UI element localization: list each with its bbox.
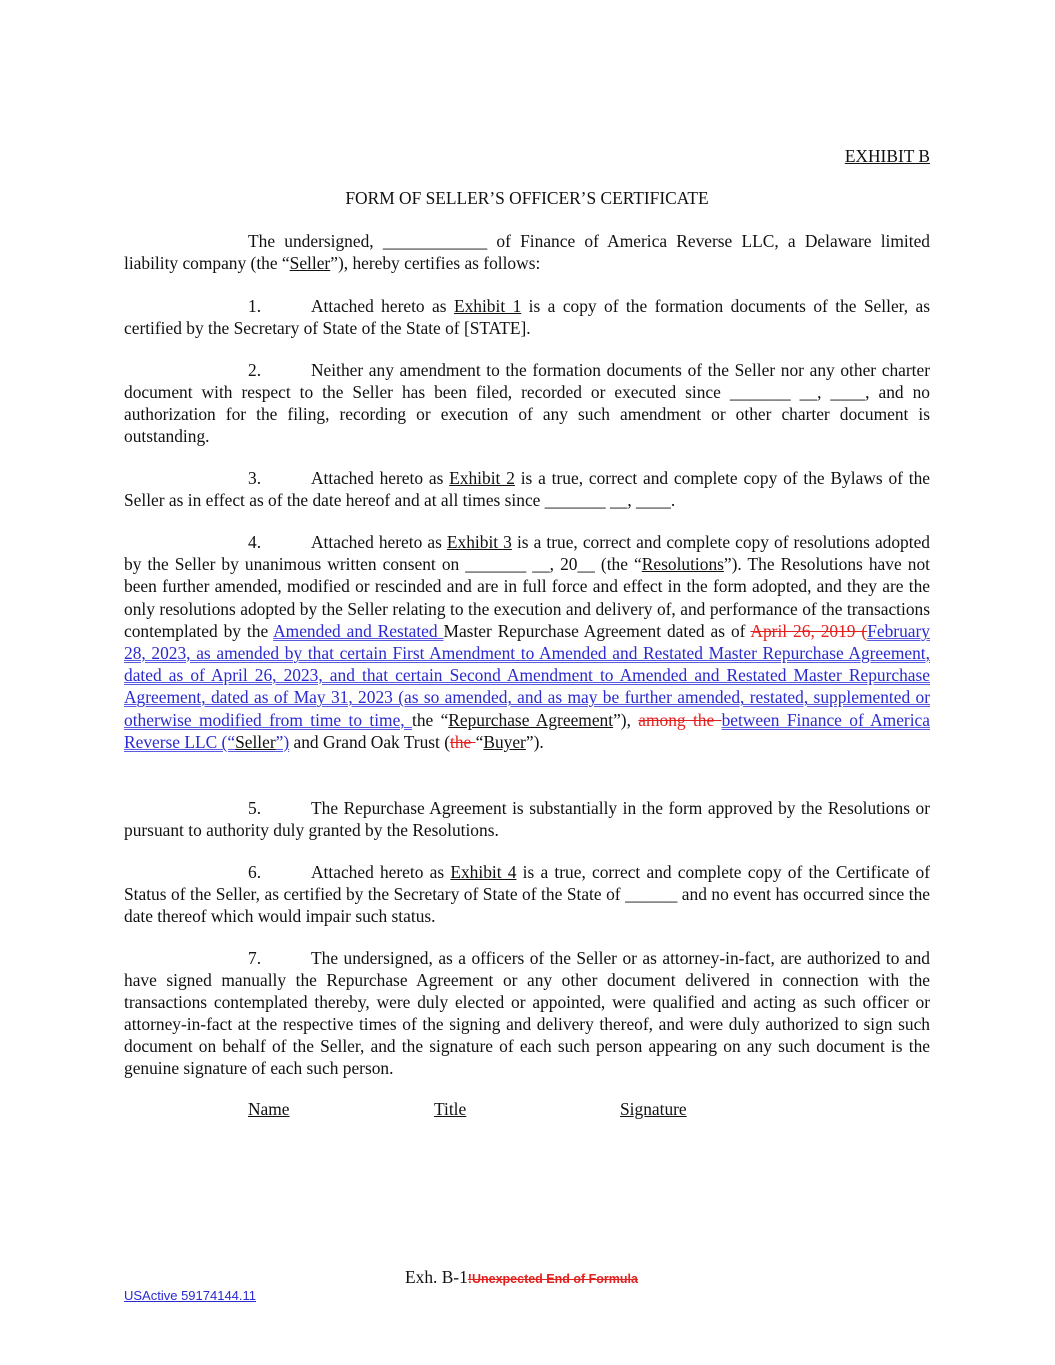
paragraph-7: 7.The undersigned, as a officers of the …: [124, 947, 930, 1079]
paragraph-number: 7.: [248, 947, 311, 969]
paragraph-text: is a true, correct and complete copy of …: [124, 468, 930, 510]
defined-term-seller: Seller: [290, 253, 331, 273]
paragraph-number: 6.: [248, 861, 311, 883]
defined-term-seller: Seller: [235, 732, 276, 752]
paragraph-text: Master Repurchase Agreement dated as of: [444, 621, 751, 641]
paragraph-1: 1.Attached hereto as Exhibit 1 is a copy…: [124, 295, 930, 339]
intro-paragraph: The undersigned, ____________ of Finance…: [124, 230, 930, 274]
formula-error: !Unexpected End of Formula: [468, 1272, 638, 1286]
paragraph-text: Neither any amendment to the formation d…: [124, 360, 930, 446]
paragraph-number: 2.: [248, 359, 311, 381]
paragraph-text: the “: [412, 710, 448, 730]
paragraph-number: 4.: [248, 531, 311, 553]
paragraph-5: 5.The Repurchase Agreement is substantia…: [124, 797, 930, 841]
paragraph-text: ”).: [526, 732, 544, 752]
paragraph-2: 2.Neither any amendment to the formation…: [124, 359, 930, 447]
paragraph-text: is a true, correct and complete copy of …: [124, 862, 930, 926]
defined-term-buyer: Buyer: [483, 732, 526, 752]
exhibit-2-reference: Exhibit 2: [449, 468, 515, 488]
exhibit-3-reference: Exhibit 3: [447, 532, 512, 552]
defined-term-resolutions: Resolutions: [642, 554, 724, 574]
paragraph-text: is a copy of the formation documents of …: [124, 296, 930, 338]
exhibit-label: EXHIBIT B: [845, 145, 930, 167]
deleted-text: among the: [638, 710, 721, 730]
paragraph-text: and Grand Oak Trust (: [289, 732, 450, 752]
paragraph-text: Attached hereto as: [311, 532, 447, 552]
paragraph-text: The undersigned, as a officers of the Se…: [124, 948, 930, 1078]
paragraph-number: 5.: [248, 797, 311, 819]
paragraph-number: 3.: [248, 467, 311, 489]
paragraph-text: ”),: [613, 710, 638, 730]
column-name: Name: [248, 1099, 290, 1120]
deleted-text: April 26, 2019 (: [750, 621, 867, 641]
exhibit-4-reference: Exhibit 4: [450, 862, 516, 882]
page-label: Exh. B-1: [405, 1267, 468, 1287]
intro-text-end: ”), hereby certifies as follows:: [330, 253, 540, 273]
column-title: Title: [434, 1099, 466, 1120]
exhibit-1-reference: Exhibit 1: [454, 296, 521, 316]
paragraph-3: 3.Attached hereto as Exhibit 2 is a true…: [124, 467, 930, 511]
paragraph-text: Attached hereto as: [311, 468, 449, 488]
deleted-text: the: [450, 732, 476, 752]
column-signature: Signature: [620, 1099, 687, 1120]
inserted-text-part: ”): [276, 732, 290, 752]
page-footer: Exh. B-1!Unexpected End of Formula: [405, 1267, 638, 1288]
paragraph-number: 1.: [248, 295, 311, 317]
paragraph-4: 4.Attached hereto as Exhibit 3 is a true…: [124, 531, 930, 753]
paragraph-text: Attached hereto as: [311, 862, 450, 882]
paragraph-text: The Repurchase Agreement is substantiall…: [124, 798, 930, 840]
defined-term-repurchase-agreement: Repurchase Agreement: [448, 710, 613, 730]
certificate-title: FORM OF SELLER’S OFFICER’S CERTIFICATE: [124, 187, 930, 209]
inserted-text: Amended and Restated: [273, 621, 443, 641]
paragraph-text: Attached hereto as: [311, 296, 454, 316]
document-id: USActive 59174144.11: [124, 1288, 256, 1303]
paragraph-6: 6.Attached hereto as Exhibit 4 is a true…: [124, 861, 930, 927]
